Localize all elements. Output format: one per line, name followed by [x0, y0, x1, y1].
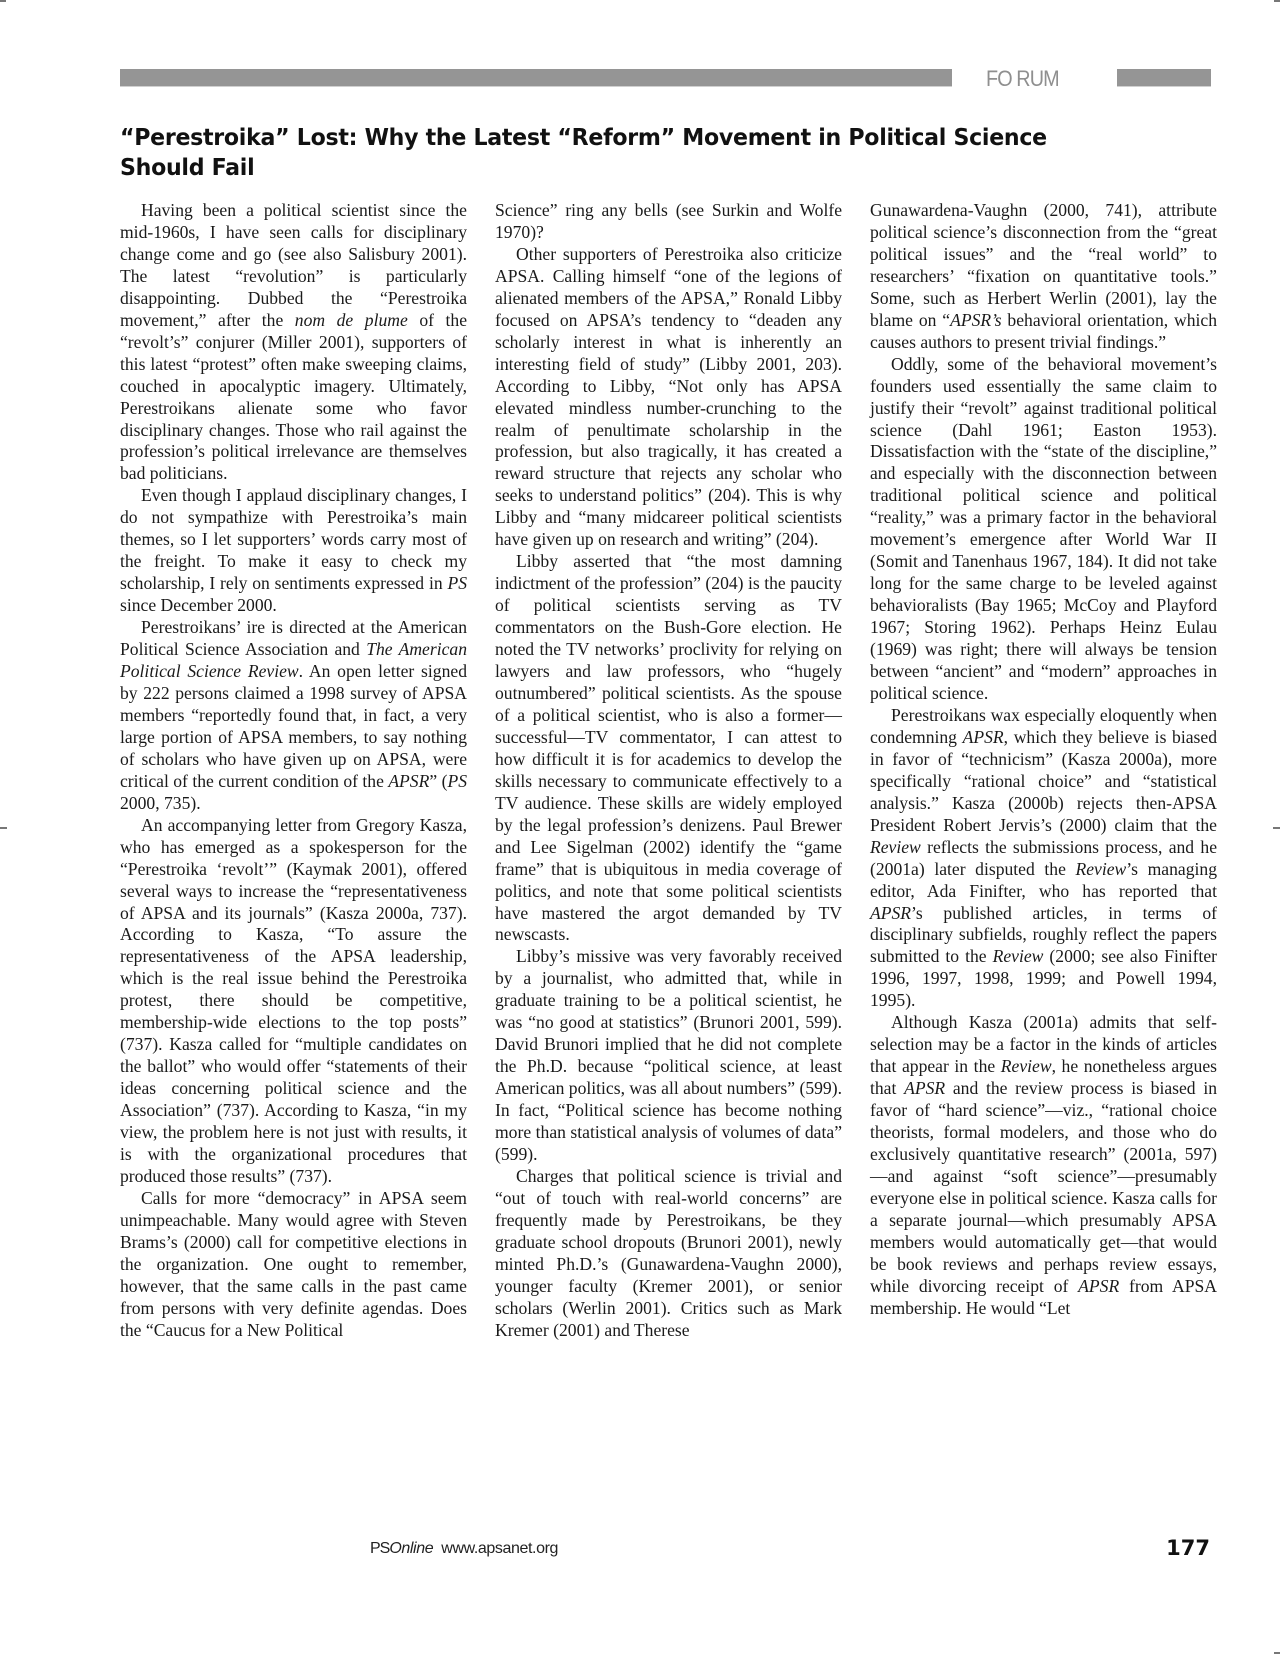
paragraph: Science” ring any bells (see Surkin and … [495, 200, 842, 244]
italic-text: nom de plume [295, 310, 408, 330]
text-run: ” ( [429, 771, 447, 791]
italic-text: Review [1075, 859, 1126, 879]
text-run: Charges that political science is trivia… [495, 1166, 842, 1340]
paragraph: Other supporters of Perestroika also cri… [495, 244, 842, 551]
italic-text: APSR’s [950, 310, 1001, 330]
text-column-1: Having been a political scientist since … [120, 200, 467, 1342]
crop-mark-bottom-right [1274, 1652, 1280, 1654]
italic-text: PS [447, 573, 467, 593]
italic-text: PS [447, 771, 467, 791]
journal-name-online: Online [389, 1540, 433, 1557]
text-run: Calls for more “democracy” in APSA seem … [120, 1188, 467, 1340]
italic-text: Review [993, 946, 1044, 966]
paragraph: Libby asserted that “the most damning in… [495, 551, 842, 946]
footer-journal-source: PSOnline www.apsanet.org [370, 1540, 558, 1558]
paragraph: Calls for more “democracy” in APSA seem … [120, 1188, 467, 1342]
header-rule-right [1117, 69, 1211, 87]
text-run: since December 2000. [120, 595, 277, 615]
paragraph: Oddly, some of the behavioral movement’s… [870, 354, 1217, 705]
text-run: Other supporters of Perestroika also cri… [495, 244, 842, 549]
text-run: of the “revolt’s” conjurer (Miller 2001)… [120, 310, 467, 484]
italic-text: Review [1001, 1056, 1052, 1076]
journal-url[interactable]: www.apsanet.org [441, 1540, 558, 1557]
article-title: “Perestroika” Lost: Why the Latest “Refo… [120, 122, 1135, 182]
text-run: Even though I applaud disciplinary chang… [120, 485, 467, 593]
text-run: Libby asserted that “the most damning in… [495, 551, 842, 944]
header-rule-left [120, 69, 952, 87]
text-run: and the review process is biased in favo… [870, 1078, 1217, 1296]
italic-text: Review [870, 837, 921, 857]
italic-text: APSR [963, 727, 1004, 747]
text-run: Oddly, some of the behavioral movement’s… [870, 354, 1217, 703]
page-number: 177 [1166, 1536, 1210, 1560]
paragraph: Gunawardena-Vaughn (2000, 741), attribut… [870, 200, 1217, 354]
text-run: Libby’s missive was very favorably recei… [495, 946, 842, 1164]
paragraph: Having been a political scientist since … [120, 200, 467, 485]
journal-name-ps: PS [370, 1540, 389, 1557]
text-run: Science” ring any bells (see Surkin and … [495, 200, 842, 242]
article-body: Having been a political scientist since … [120, 200, 1210, 1520]
text-run: 2000, 735). [120, 793, 201, 813]
section-label: FO RUM [986, 66, 1059, 92]
italic-text: APSR [388, 771, 429, 791]
text-column-2: Science” ring any bells (see Surkin and … [495, 200, 842, 1342]
italic-text: APSR [1078, 1276, 1119, 1296]
crop-mark-middle-left [0, 827, 7, 829]
text-run: An accompanying letter from Gregory Kasz… [120, 815, 467, 1186]
crop-mark-middle-right [1273, 827, 1280, 829]
paragraph: An accompanying letter from Gregory Kasz… [120, 815, 467, 1188]
italic-text: APSR [904, 1078, 945, 1098]
paragraph: Perestroikans’ ire is directed at the Am… [120, 617, 467, 815]
text-column-3: Gunawardena-Vaughn (2000, 741), attribut… [870, 200, 1217, 1320]
paragraph: Perestroikans wax especially eloquently … [870, 705, 1217, 1012]
paragraph: Charges that political science is trivia… [495, 1166, 842, 1342]
italic-text: APSR [870, 903, 911, 923]
paragraph: Libby’s missive was very favorably recei… [495, 946, 842, 1166]
paragraph: Although Kasza (2001a) admits that self-… [870, 1012, 1217, 1319]
crop-mark-top-right [1274, 0, 1280, 2]
paragraph: Even though I applaud disciplinary chang… [120, 485, 467, 617]
crop-mark-top-left [0, 0, 6, 2]
